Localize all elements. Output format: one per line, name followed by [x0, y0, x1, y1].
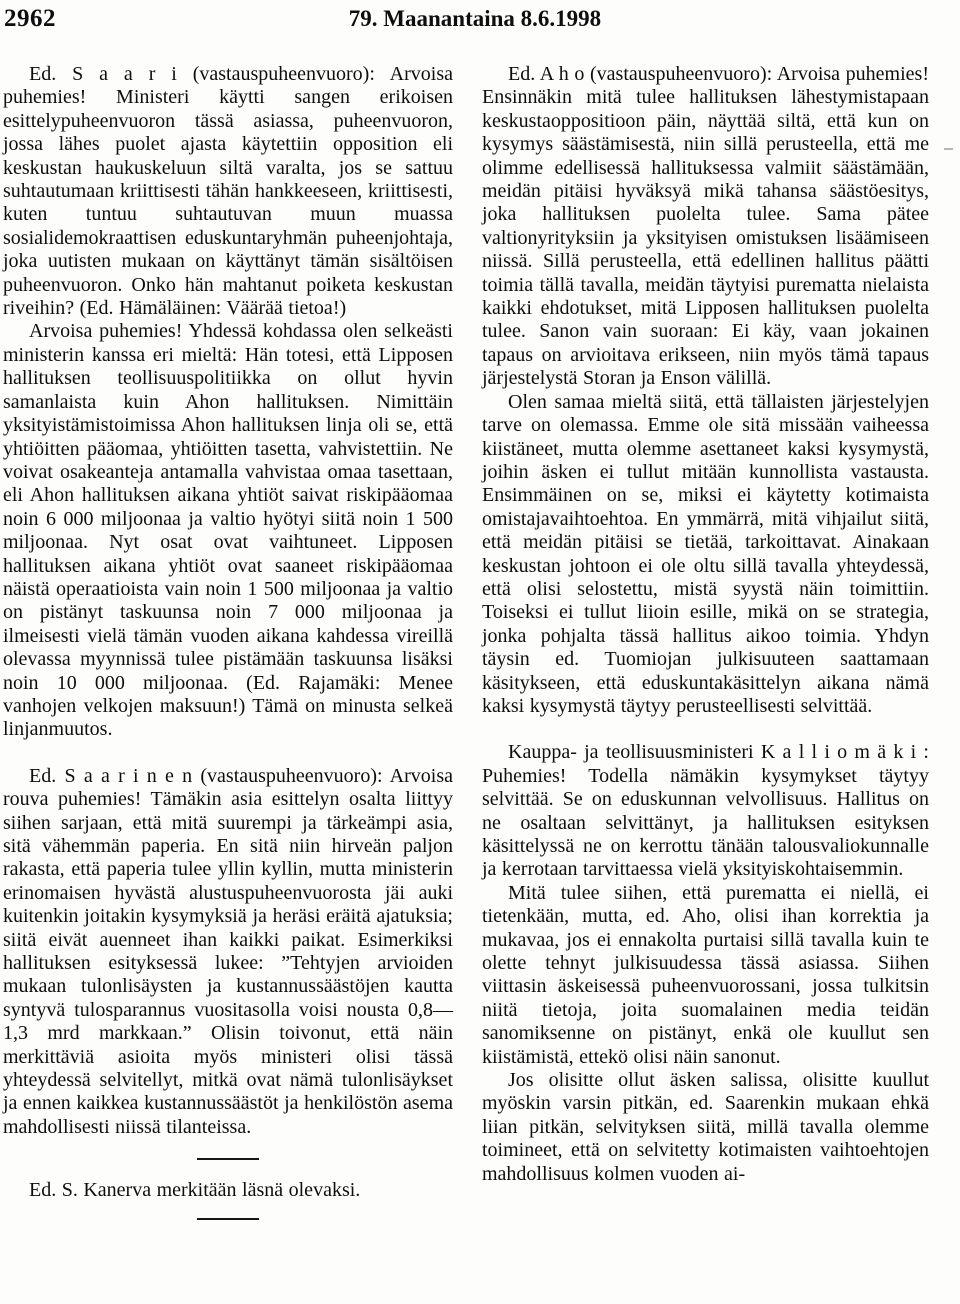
speech-kalliomaki-paragraph-2: Mitä tulee siihen, että purematta ei nie… — [482, 882, 929, 1069]
separator-rule-top — [197, 1158, 259, 1160]
document-page: 2962 79. Maanantaina 8.6.1998 Ed. S a a … — [0, 0, 960, 1304]
separator-rule-bottom — [197, 1218, 259, 1220]
speech-aho-paragraph-2: Olen samaa mieltä siitä, että tällaisten… — [482, 391, 929, 719]
left-column: Ed. S a a r i (vastauspuheenvuoro): Arvo… — [3, 63, 453, 1220]
header-session-title: 79. Maanantaina 8.6.1998 — [0, 6, 960, 32]
speech-saarinen-paragraph: Ed. S a a r i n e n (vastauspuheenvuoro)… — [3, 765, 453, 1140]
speech-saari-paragraph-2: Arvoisa puhemies! Yhdessä kohdassa olen … — [3, 320, 453, 741]
speech-kalliomaki-paragraph-3: Jos olisitte ollut äsken salissa, olisit… — [482, 1069, 929, 1186]
speech-kalliomaki-paragraph-1: Kauppa- ja teollisuusministeri K a l l i… — [482, 741, 929, 881]
speech-saari-paragraph-1: Ed. S a a r i (vastauspuheenvuoro): Arvo… — [3, 63, 453, 320]
speech-aho-paragraph-1: Ed. A h o (vastauspuheenvuoro): Arvoisa … — [482, 63, 929, 391]
attendance-note: Ed. S. Kanerva merkitään läsnä olevaksi. — [3, 1179, 453, 1202]
scan-artifact — [944, 148, 953, 150]
right-column: Ed. A h o (vastauspuheenvuoro): Arvoisa … — [482, 63, 929, 1220]
page-header: 2962 79. Maanantaina 8.6.1998 — [0, 0, 960, 38]
two-column-body: Ed. S a a r i (vastauspuheenvuoro): Arvo… — [0, 63, 960, 1220]
page-number: 2962 — [4, 5, 56, 33]
